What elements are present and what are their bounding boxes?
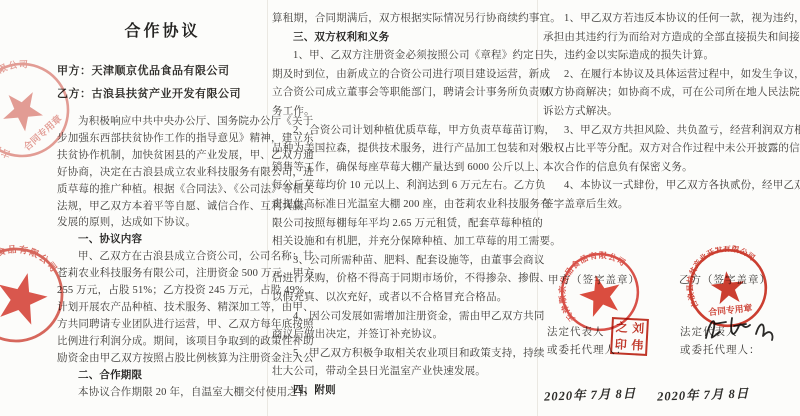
- text-line: 诉讼方式解决。: [543, 103, 797, 122]
- text-line: 方共同聘请专业团队进行运营，甲、乙双方每年底按照: [57, 317, 268, 334]
- text-line: 四、附则: [272, 382, 534, 401]
- document-title: 合作协议: [57, 18, 268, 41]
- text-line: 双方协商解决；如协商不成，可在公司所在地人民法院采取: [543, 84, 797, 103]
- page-1-text: 为积极响应中共中央办公厅、国务院办公厅《关于步加强东西部扶贫协作工作的指导意见》…: [57, 114, 268, 401]
- text-line: 好协商，决定在古浪县成立农业科技服务有限公司，进: [57, 165, 268, 182]
- text-line: 品种为美国拉森，提供技术服务，进行产品加工包装和对外: [272, 140, 534, 159]
- text-line: 商议后做出决定，并签订补充协议。: [272, 326, 534, 345]
- text-line: 一、协议内容: [57, 232, 268, 249]
- text-line: 限公司按照每棚每年平均 2.65 万元租赁，配套草莓种植的: [272, 215, 534, 234]
- text-line: 相关设施和有机肥，并充分保障种植、加工草莓的用工需要。: [272, 233, 534, 252]
- text-line: 失，违约金以实际造成的损失计算。: [543, 47, 797, 66]
- text-line: 255 万元，占股 51%；乙方投资 245 万元，占股 49%，: [57, 283, 268, 300]
- text-line: 计划开展农产品种植、技术服务、精深加工等，由甲、: [57, 300, 268, 317]
- page-3-text: 1、甲乙双方若违反本协议的任何一款，视为违约，须承担由其违约行为而给对方造成的全…: [543, 10, 797, 215]
- text-line: 4、本协议一式肆份，甲乙双方各执贰份，经甲乙双方: [543, 177, 797, 196]
- text-line: 每公斤草莓均价 10 元以上、利润达到 6 万元左右。乙方负: [272, 177, 534, 196]
- text-line: 本次合作的信息负有保密义务。: [543, 159, 797, 178]
- date-party-b: 2020年 7月 8日: [657, 383, 750, 404]
- text-line: 4、因公司发展如需增加注册资金，需由甲乙双方共同: [272, 308, 534, 327]
- text-line: 比例进行利润分成。期间，该项目争取到的政策性补助: [57, 334, 268, 351]
- text-line: 责提供高标准日光温室大棚 200 座，由苍莉农业科技服务有: [272, 196, 534, 215]
- scanned-contract: 合作协议 甲方：天津顺京优品食品有限公司 乙方：古浪县扶贫产业开发有限公司 为积…: [0, 0, 800, 416]
- text-line: 法规，甲乙双方本着平等自愿、诚信合作、互利共赢、: [57, 199, 268, 216]
- liu-wei-name-seal: 之 刘 印 伟: [610, 317, 649, 356]
- seal-char: 刘: [630, 320, 647, 337]
- text-line: 以假充真、以次充好，或者以不合格冒充合格品。: [272, 289, 534, 308]
- text-line: 苍莉农业科技服务有限公司，注册资金 500 万元，甲方: [57, 266, 268, 283]
- text-line: 算租期，合同期满后，双方根据实际情况另行协商续约事宜。: [272, 10, 534, 29]
- party-b-line: 乙方：古浪县扶贫产业开发有限公司: [57, 85, 241, 101]
- text-line: 2、在履行本协议及具体运营过程中，如发生争议，则: [543, 66, 797, 85]
- text-line: 务工作。: [272, 103, 534, 122]
- text-line: 立合资公司成立董事会等职能部门，聘请会计事务所负责财: [272, 84, 534, 103]
- seal-char: 印: [612, 336, 629, 353]
- text-line: 承担由其违约行为而给对方造成的全部直接损失和间接损: [543, 29, 797, 48]
- text-line: 股权占比平等分配。双方对合作过程中未公开披露的信息及: [543, 140, 797, 159]
- text-line: 期及时到位，由新成立的合资公司进行项目建设运营，新成: [272, 66, 534, 85]
- text-line: 壮大公司，带动全县日光温室产业快速发展。: [272, 363, 534, 382]
- text-line: 发展的原则，达成如下协议。: [57, 215, 268, 232]
- text-line: 1、甲、乙双方注册资金必须按照公司《章程》约定日: [272, 47, 534, 66]
- seal-char: 伟: [629, 337, 646, 354]
- page-2-text: 算租期，合同期满后，双方根据实际情况另行协商续约事宜。三、双方权利和义务1、甲、…: [272, 10, 534, 400]
- text-line: 1、甲乙双方若违反本协议的任何一款，视为违约，须: [543, 10, 797, 29]
- text-line: 2、合资公司计划种植优质草莓，甲方负责草莓苗订购，: [272, 122, 534, 141]
- text-line: 扶贫协作机制，加快贫困县的产业发展，甲、乙双方通: [57, 148, 268, 165]
- text-line: 5、甲乙双方积极争取相关农业项目和政策支持，持续: [272, 345, 534, 364]
- svg-text:天津顺京优品食品有限公司: 天津顺京优品食品有限公司: [0, 232, 64, 331]
- star-icon: [710, 270, 747, 305]
- star-icon: [0, 267, 52, 327]
- text-line: 销售等工作，确保每座草莓大棚产量达到 6000 公斤以上、: [272, 159, 534, 178]
- text-line: 质草莓的推广种植。根据《合同法》、《公司法》等相关: [57, 182, 268, 199]
- party-b-signature-handwriting: [700, 310, 778, 346]
- text-line: 三、双方权利和义务: [272, 29, 534, 48]
- text-line: 励资金由甲乙双方按照占股比例核算为注册资金注入公: [57, 351, 268, 368]
- date-party-a: 2020年 7月 8日: [544, 383, 637, 404]
- star-icon: [576, 270, 626, 318]
- party-a-line: 甲方：天津顺京优品食品有限公司: [57, 62, 230, 78]
- text-line: 二、合作期限: [57, 368, 268, 385]
- text-line: 步加强东西部扶贫协作工作的指导意见》精神，建立东: [57, 131, 268, 148]
- seal-char: 之: [613, 319, 630, 336]
- text-line: 后进行采购，价格不得高于同期市场价，不得掺杂、掺假、: [272, 270, 534, 289]
- text-line: 甲、乙双方在古浪县成立合资公司，公司名称：甘: [57, 249, 268, 266]
- text-line: 签字盖章后生效。: [543, 196, 797, 215]
- text-line: 本协议合作期限 20 年，自温室大棚交付使用之日: [57, 385, 268, 402]
- text-line: 3、公司所需种苗、肥料、配套设施等，由董事会商议: [272, 252, 534, 271]
- text-line: 3、甲乙双方共担风险、共负盈亏，经营利润双方根据: [543, 122, 797, 141]
